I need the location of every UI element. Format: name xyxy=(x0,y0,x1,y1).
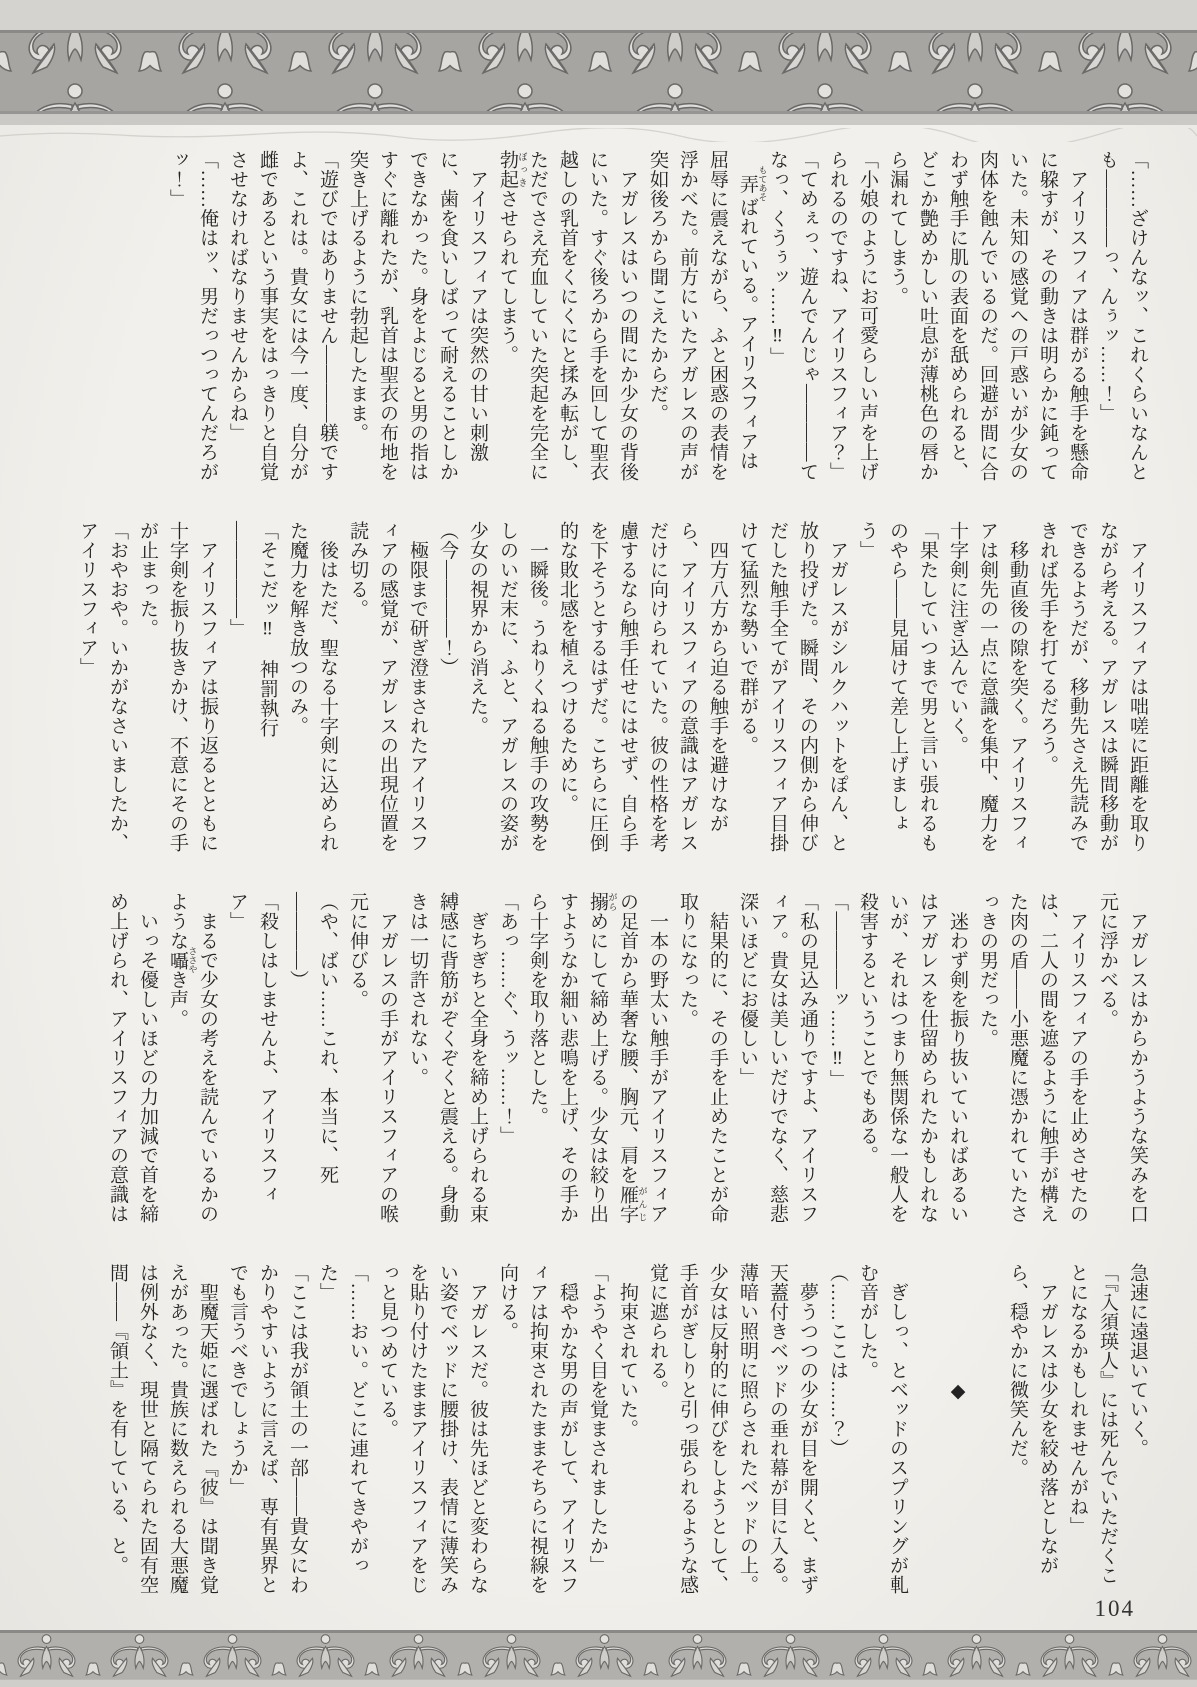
bottom-ornament-border xyxy=(0,1630,1197,1687)
text-band-4: 急速に遠退いていく。 「『入須瑛人』には死んでいただくことになるかもしれませんが… xyxy=(102,1263,1152,1595)
text-band-3: アガレスはからかうような笑みを口元に浮かべる。 アイリスフィアの手を止めさせたの… xyxy=(102,892,1152,1224)
top-ornament-border xyxy=(0,0,1197,125)
paper-crease xyxy=(0,128,1197,142)
text-band-2: アイリスフィアは咄嗟に距離を取りながら考える。アガレスは瞬間移動ができるようだが… xyxy=(72,521,1152,853)
text-band-1: 「……ざけんなッ、これくらいなんとも――――っ、んぅッ……！」 アイリスフィアは… xyxy=(162,150,1152,482)
page-number: 104 xyxy=(1095,1596,1136,1622)
